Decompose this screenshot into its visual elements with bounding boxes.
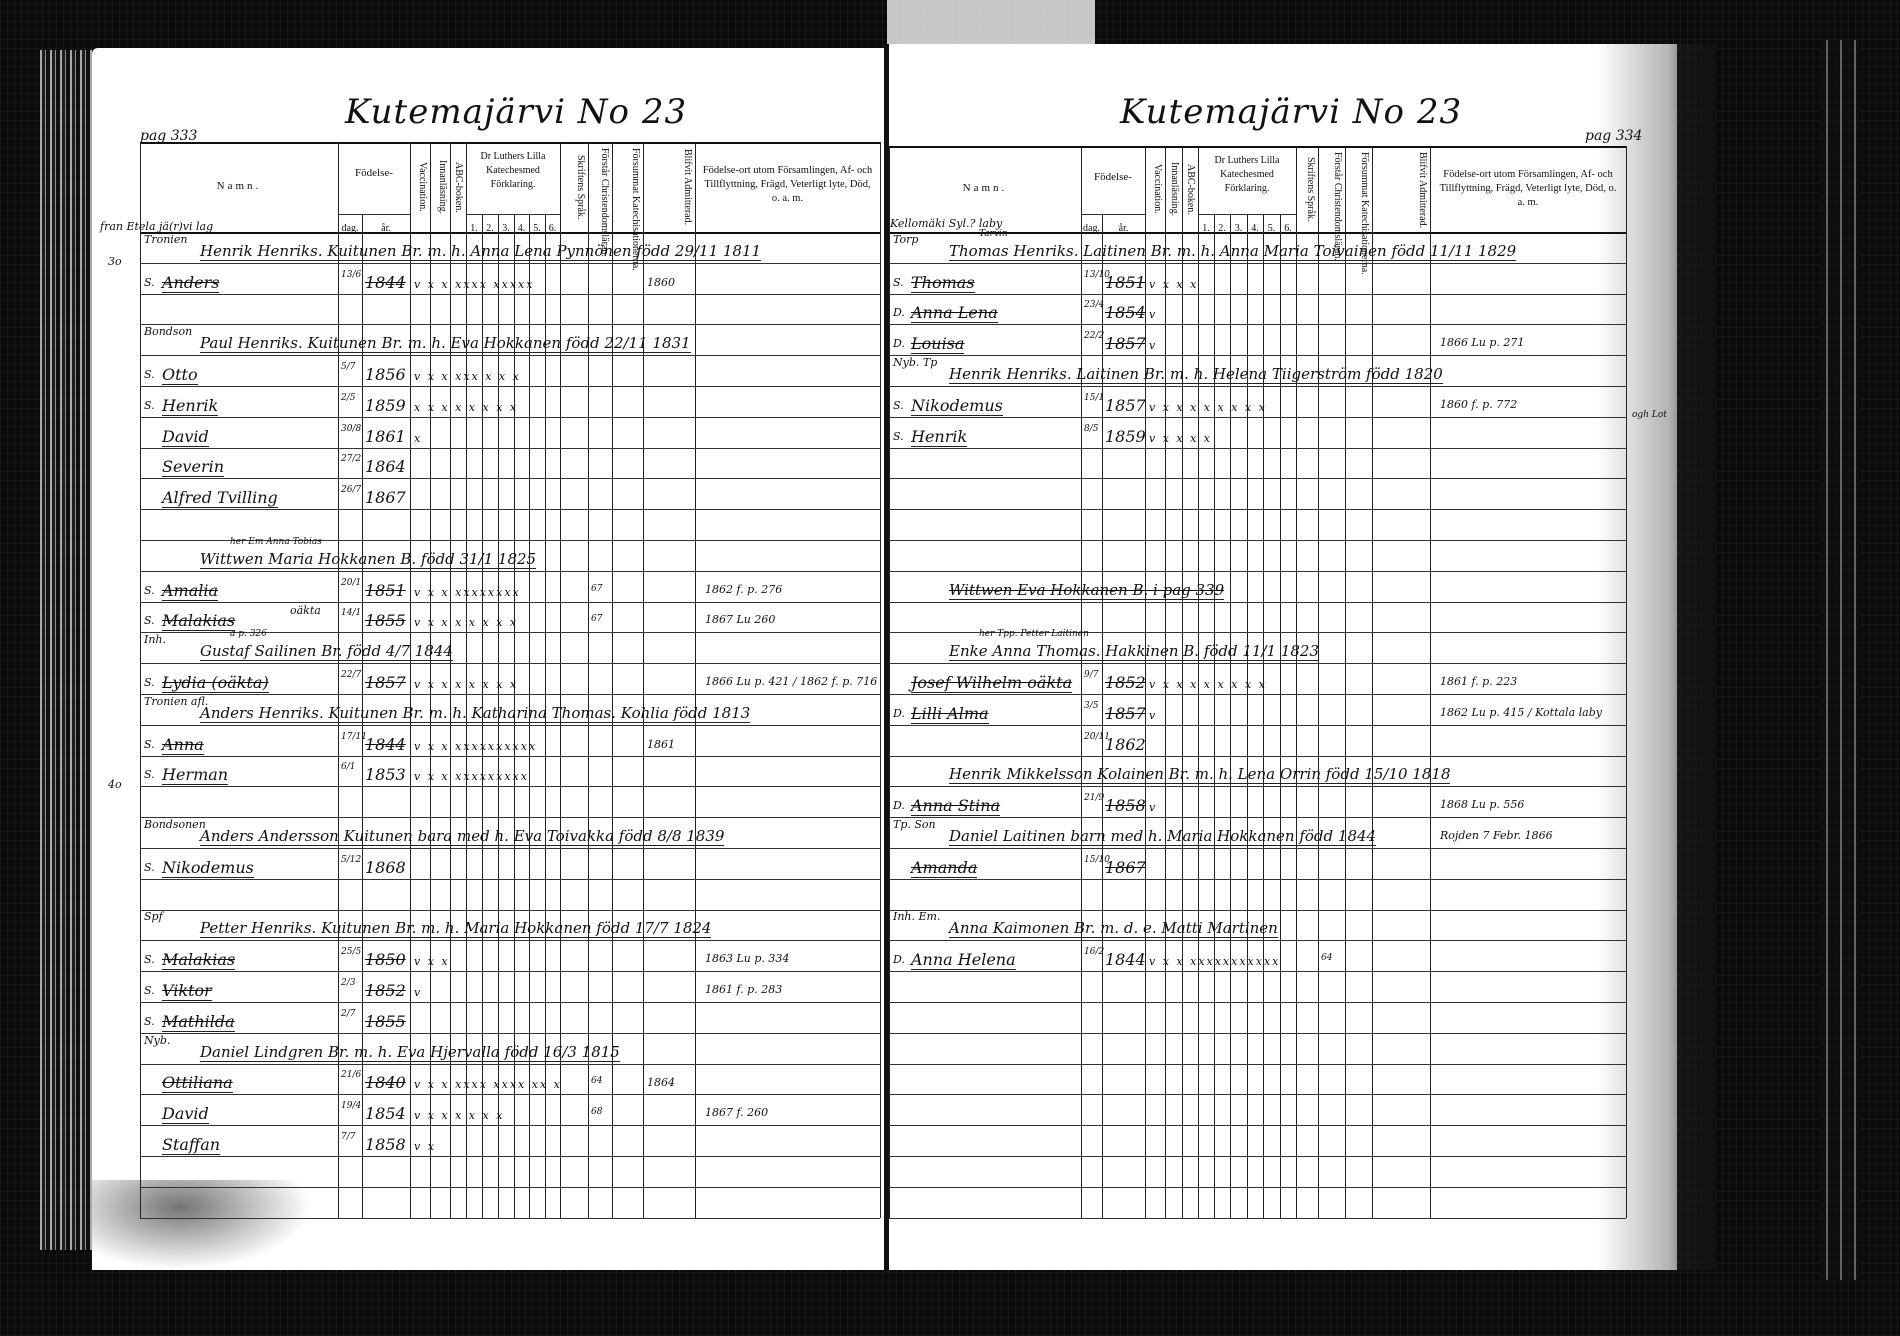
column-header-katekes-3: 3. <box>498 222 514 236</box>
entry-remark: 1863 Lu p. 334 <box>705 952 789 965</box>
entry-bracket-note: oäkta <box>290 604 321 617</box>
row-rule <box>889 1218 1626 1219</box>
column-rule <box>1296 146 1297 1218</box>
entry-relation-prefix: S. <box>144 861 155 874</box>
entry-exam-marks: v x <box>414 1140 436 1153</box>
entry-exam-marks: v <box>414 986 422 999</box>
column-header-innanlasning: Innanläsning. <box>432 148 448 226</box>
book-edge-left <box>40 50 92 1250</box>
row-rule <box>889 294 1626 295</box>
entry-status: Bondson <box>144 325 192 338</box>
entry-note-above: her Tpp. Petter Laitinen <box>979 629 1089 639</box>
entry-status: Tronien afl. <box>144 695 208 708</box>
entry-birth-day: 2/5 <box>341 393 355 403</box>
entry-name: Herman <box>162 765 228 785</box>
entry-relation-prefix: S. <box>144 953 155 966</box>
entry-name: Nikodemus <box>162 858 254 878</box>
entry-remark: 1862 Lu p. 415 / Kottala laby <box>1440 706 1602 719</box>
entry-name: Henrik Henriks. Kuitunen Br. m. h. Anna … <box>200 242 761 261</box>
row-rule <box>889 602 1626 603</box>
entry-relation-prefix: D. <box>893 799 905 812</box>
entry-exam-marks: v x x xxx x x x <box>414 370 521 383</box>
column-header-fodelse: Födelse- <box>338 166 410 180</box>
entry-name: Anna Helena <box>911 950 1016 970</box>
row-rule <box>140 817 880 818</box>
row-rule <box>889 1064 1626 1065</box>
entry-birth-year: 1844 <box>1105 950 1146 969</box>
column-header-fodelse-ort: Födelse-ort utom Församlingen, Af- och T… <box>1436 168 1620 210</box>
column-header-blifvit-admitterad: Blifvit Admitterad. <box>1374 152 1428 226</box>
entry-name: Anna Stina <box>911 796 1000 816</box>
entry-relation-prefix: D. <box>893 707 905 720</box>
entry-name: Anders Andersson Kuitunen bara med h. Ev… <box>200 827 724 846</box>
entry-relation-prefix: S. <box>144 614 155 627</box>
column-header-skriftens-sprak: Skriftens Språk. <box>1298 152 1316 226</box>
entry-name: Henrik <box>911 427 967 447</box>
row-rule <box>140 417 880 418</box>
entry-relation-prefix: D. <box>893 337 905 350</box>
column-rule <box>1430 146 1431 1218</box>
entry-birth-year: 1858 <box>1105 796 1146 815</box>
row-rule <box>140 448 880 449</box>
row-rule <box>889 1187 1626 1188</box>
column-rule <box>140 142 141 1218</box>
row-rule <box>140 786 880 787</box>
column-header-katekes-5: 5. <box>1263 222 1280 236</box>
column-header-dag: dag. <box>338 222 362 236</box>
entry-birth-day: 22/2 <box>1084 331 1104 341</box>
entry-birth-day: 5/12 <box>341 855 361 865</box>
entry-birth-year: 1864 <box>365 457 406 476</box>
row-rule <box>140 971 880 972</box>
entry-exam-marks: v x x xxxxxxxxxxx <box>1149 955 1280 968</box>
column-header-katekes: Dr Luthers Lilla Katechesmed Förklaring. <box>1198 154 1296 196</box>
entry-birth-year: 1868 <box>365 858 406 877</box>
column-rule <box>1318 146 1319 1218</box>
column-header-forstar-christendomslaran: Förstår Christendomsläran. <box>1320 152 1343 226</box>
column-header-forstar-christendomslaran: Förstår Christendomsläran. <box>590 148 610 226</box>
entry-birth-day: 27/2 <box>341 454 361 464</box>
row-rule <box>140 294 880 295</box>
row-rule <box>140 1125 880 1126</box>
entry-remark: 1860 f. p. 772 <box>1440 398 1517 411</box>
entry-relation-prefix: S. <box>144 768 155 781</box>
entry-relation-prefix: S. <box>893 430 904 443</box>
entry-birth-day: 7/7 <box>341 1132 355 1142</box>
entry-birth-year: 1854 <box>1105 303 1146 322</box>
entry-birth-day: 21/6 <box>341 1070 361 1080</box>
entry-exam-marks: x <box>414 432 422 445</box>
entry-birth-year: 1852 <box>365 981 406 1000</box>
entry-birth-year: 1844 <box>365 735 406 754</box>
column-header-dag: dag. <box>1081 222 1102 236</box>
entry-exam-marks: v x x x x x x x <box>414 678 518 691</box>
row-rule <box>889 756 1626 757</box>
entry-relation-prefix: S. <box>144 368 155 381</box>
entry-birth-day: 2/3 <box>341 978 355 988</box>
column-header-namn: Namn. <box>889 181 1081 195</box>
entry-status: Tronien <box>144 233 187 246</box>
column-header-katekes-5: 5. <box>529 222 545 236</box>
entry-name: Lydia (oäkta) <box>162 673 269 693</box>
column-header-skriftens-sprak: Skriftens Språk. <box>562 148 586 226</box>
entry-name: Petter Henriks. Kuitunen Br. m. h. Maria… <box>200 919 711 938</box>
entry-birth-year: 1853 <box>365 765 406 784</box>
entry-birth-year: 1852 <box>1105 673 1146 692</box>
row-rule <box>889 263 1626 264</box>
entry-birth-day: 26/7 <box>341 485 361 495</box>
row-rule <box>140 571 880 572</box>
entry-forstar: 64 <box>591 1076 602 1086</box>
row-rule <box>140 478 880 479</box>
column-header-namn: Namn. <box>140 179 338 193</box>
scan-top-flap <box>887 0 1095 44</box>
column-rule <box>695 142 696 1218</box>
entry-birth-day: 20/1 <box>341 578 361 588</box>
row-rule <box>140 879 880 880</box>
entry-exam-marks: v x x xxxxxxxxx <box>414 770 529 783</box>
entry-note-above: Tarvin <box>979 229 1008 239</box>
entry-relation-prefix: S. <box>144 1015 155 1028</box>
entry-status: Bondsonen <box>144 818 206 831</box>
entry-birth-year: 1855 <box>365 611 406 630</box>
entry-name: Anna Kaimonen Br. m. d. e. Matti Martine… <box>949 919 1278 938</box>
page-title-left: Kutemajärvi No 23 <box>345 92 687 132</box>
entry-name: Gustaf Sailinen Br. född 4/7 1844 <box>200 642 453 661</box>
entry-name: Anna <box>162 735 204 755</box>
entry-birth-year: 1858 <box>365 1135 406 1154</box>
column-rule <box>1345 146 1346 1218</box>
entry-name: Viktor <box>162 981 212 1001</box>
entry-exam-marks: v x x x <box>1149 278 1198 291</box>
entry-name: Wittwen Eva Hokkanen B. i pag 339 <box>949 581 1224 600</box>
entry-name: Anders Henriks. Kuitunen Br. m. h. Katha… <box>200 704 750 723</box>
column-rule <box>1626 146 1627 1218</box>
entry-birth-day: 3/5 <box>1084 701 1098 711</box>
row-rule <box>140 386 880 387</box>
row-rule <box>889 910 1626 911</box>
row-number: 3o <box>108 255 122 268</box>
row-rule <box>889 386 1626 387</box>
entry-exam-marks: v x x xxxx xxxxx <box>414 278 534 291</box>
entry-admitted-year: 1860 <box>647 276 675 289</box>
entry-birth-year: 1859 <box>1105 427 1146 446</box>
entry-relation-prefix: S. <box>144 676 155 689</box>
row-rule <box>140 509 880 510</box>
entry-status: Inh. <box>144 633 166 646</box>
entry-remark: Rojden 7 Febr. 1866 <box>1440 829 1553 842</box>
entry-name: Ottiliana <box>162 1073 233 1093</box>
row-rule <box>140 355 880 356</box>
entry-birth-day: 16/2 <box>1084 947 1104 957</box>
entry-birth-year: 1851 <box>365 581 406 600</box>
column-header-katekes-6: 6. <box>1280 222 1296 236</box>
column-header-katekes-6: 6. <box>545 222 560 236</box>
katekes-subrule <box>1198 214 1296 215</box>
row-rule <box>140 324 880 325</box>
fodelse-subrule <box>1081 214 1145 215</box>
entry-birth-year: 1867 <box>1105 858 1146 877</box>
entry-exam-marks: v x x x x x x x x <box>1149 401 1267 414</box>
row-rule <box>140 694 880 695</box>
entry-name: Henrik Henriks. Laitinen Br. m. h. Helen… <box>949 365 1443 384</box>
entry-name: Anders <box>162 273 219 293</box>
row-rule <box>140 756 880 757</box>
entry-exam-marks: v x x x x <box>1149 432 1212 445</box>
column-header-forsamlingens-katechisationer: Försummat Katechisationerna. <box>614 148 641 226</box>
entry-birth-year: 1850 <box>365 950 406 969</box>
entry-birth-year: 1856 <box>365 365 406 384</box>
entry-name: Paul Henriks. Kuitunen Br. m. h. Eva Hok… <box>200 334 691 353</box>
entry-birth-day: 2/7 <box>341 1009 355 1019</box>
entry-birth-day: 23/4 <box>1084 300 1104 310</box>
entry-admitted-year: 1864 <box>647 1076 675 1089</box>
entry-remark: 1867 f. 260 <box>705 1106 768 1119</box>
column-header-katekes-4: 4. <box>1247 222 1263 236</box>
row-rule <box>889 786 1626 787</box>
column-header-katekes-2: 2. <box>482 222 498 236</box>
entry-birth-day: 6/1 <box>341 762 355 772</box>
entry-exam-marks: v x x xxxxxxxxxx <box>414 740 537 753</box>
entry-birth-year: 1857 <box>1105 704 1146 723</box>
entry-birth-year: 1854 <box>365 1104 406 1123</box>
entry-relation-prefix: D. <box>893 953 905 966</box>
row-rule <box>140 1033 880 1034</box>
column-header-innanlasning: Innanläsning. <box>1167 152 1180 226</box>
entry-name: Thomas Henriks. Laitinen Br. m. h. Anna … <box>949 242 1516 261</box>
margin-note-right-edge: ogh Lot <box>1632 410 1667 420</box>
row-rule <box>889 571 1626 572</box>
entry-relation-prefix: S. <box>144 399 155 412</box>
entry-birth-day: 25/5 <box>341 947 361 957</box>
entry-name: Louisa <box>911 334 964 354</box>
entry-remark: 1868 Lu p. 556 <box>1440 798 1524 811</box>
stain <box>92 1180 312 1270</box>
header-top-rule <box>889 146 1626 148</box>
row-rule <box>889 940 1626 941</box>
row-rule <box>140 1187 880 1188</box>
entry-birth-year: 1859 <box>365 396 406 415</box>
row-rule <box>889 448 1626 449</box>
entry-name: Amalia <box>162 581 218 601</box>
entry-name: Henrik Mikkelsson Kolainen Br. m. h. Len… <box>949 765 1450 784</box>
entry-name: Josef Wilhelm oäkta <box>911 673 1072 693</box>
row-rule <box>140 1094 880 1095</box>
column-header-katekes-1: 1. <box>466 222 482 236</box>
entry-birth-year: 1851 <box>1105 273 1146 292</box>
row-rule <box>889 509 1626 510</box>
row-rule <box>140 940 880 941</box>
row-rule <box>889 324 1626 325</box>
row-rule <box>889 1094 1626 1095</box>
column-header-vaccination: Vaccination. <box>412 148 428 226</box>
row-rule <box>140 1002 880 1003</box>
row-rule <box>889 663 1626 664</box>
entry-birth-year: 1862 <box>1105 735 1146 754</box>
row-rule <box>889 417 1626 418</box>
entry-relation-prefix: S. <box>144 984 155 997</box>
entry-remark: 1866 Lu p. 421 / 1862 f. p. 716 <box>705 675 877 688</box>
entry-birth-day: 21/9 <box>1084 793 1104 803</box>
row-rule <box>889 1156 1626 1157</box>
entry-note-above: her Em Anna Tobias <box>230 537 322 547</box>
column-header-katekes-1: 1. <box>1198 222 1214 236</box>
entry-birth-year: 1855 <box>365 1012 406 1031</box>
entry-status: Nyb. <box>144 1034 170 1047</box>
entry-exam-marks: v x x x x x x <box>414 1109 504 1122</box>
entry-name: Staffan <box>162 1135 220 1155</box>
entry-birth-year: 1857 <box>365 673 406 692</box>
column-header-fodelse: Födelse- <box>1081 170 1145 184</box>
row-rule <box>140 725 880 726</box>
entry-name: Daniel Laitinen barn med h. Maria Hokkan… <box>949 827 1376 846</box>
column-rule <box>880 142 881 1218</box>
row-rule <box>889 817 1626 818</box>
header-top-rule <box>140 142 880 144</box>
entry-name: Otto <box>162 365 198 385</box>
row-rule <box>889 848 1626 849</box>
page-title-right: Kutemajärvi No 23 <box>1120 92 1462 132</box>
column-rule <box>889 146 890 1218</box>
entry-birth-day: 15/1 <box>1084 393 1104 403</box>
entry-status: Tp. Son <box>893 818 936 831</box>
entry-name: David <box>162 427 209 447</box>
column-header-katekes: Dr Luthers Lilla Katechesmed Förklaring. <box>466 150 560 192</box>
entry-exam-marks: v x x x x x x x <box>414 616 518 629</box>
row-rule <box>889 355 1626 356</box>
row-rule <box>140 602 880 603</box>
entry-name: Thomas <box>911 273 975 293</box>
row-rule <box>889 478 1626 479</box>
entry-name: Severin <box>162 457 224 477</box>
row-rule <box>889 1125 1626 1126</box>
katekes-subrule <box>466 214 560 215</box>
entry-exam-marks: v <box>1149 709 1157 722</box>
entry-remark: 1861 f. p. 223 <box>1440 675 1517 688</box>
entry-remark: 1862 f. p. 276 <box>705 583 782 596</box>
entry-birth-year: 1844 <box>365 273 406 292</box>
entry-forstar: 64 <box>1321 953 1332 963</box>
row-rule <box>140 1218 880 1219</box>
column-header-blifvit-admitterad: Blifvit Admitterad. <box>645 148 693 226</box>
column-rule <box>1372 146 1373 1218</box>
entry-birth-day: 19/4 <box>341 1101 361 1111</box>
entry-exam-marks: v x x <box>414 955 450 968</box>
column-header-katekes-4: 4. <box>514 222 529 236</box>
entry-status: Inh. Em. <box>893 910 940 923</box>
row-rule <box>140 263 880 264</box>
row-rule <box>889 694 1626 695</box>
entry-birth-day: 30/8 <box>341 424 361 434</box>
entry-relation-prefix: S. <box>893 399 904 412</box>
entry-birth-day: 9/7 <box>1084 670 1098 680</box>
entry-name: Enke Anna Thomas. Hakkinen B. född 11/1 … <box>949 642 1319 661</box>
entry-forstar: 67 <box>591 584 602 594</box>
entry-name: Alfred Tvilling <box>162 488 278 508</box>
column-header-abc: ABC-boken. <box>1184 152 1196 226</box>
page-ref-right: pag 334 <box>1585 128 1642 144</box>
entry-name: Mathilda <box>162 1012 235 1032</box>
column-header-abc: ABC-boken. <box>452 148 464 226</box>
column-header-ar: år. <box>362 222 410 236</box>
entry-birth-day: 22/7 <box>341 670 361 680</box>
entry-status: Spf <box>144 910 163 923</box>
entry-exam-marks: v <box>1149 308 1157 321</box>
row-rule <box>140 1156 880 1157</box>
column-header-fodelse-ort: Födelse-ort utom Församlingen, Af- och T… <box>701 164 874 206</box>
entry-name: Lilli Alma <box>911 704 989 724</box>
row-rule <box>889 1033 1626 1034</box>
entry-name: David <box>162 1104 209 1124</box>
column-header-katekes-3: 3. <box>1230 222 1247 236</box>
entry-status: Nyb. Tp <box>893 356 937 369</box>
column-header-forsamlingens-katechisationer: Försummat Katechisationerna. <box>1347 152 1370 226</box>
row-rule <box>889 879 1626 880</box>
row-rule <box>889 971 1626 972</box>
entry-relation-prefix: S. <box>893 276 904 289</box>
entry-exam-marks: v x x xxxxxxxx <box>414 586 521 599</box>
entry-name: Nikodemus <box>911 396 1003 416</box>
entry-remark: 1867 Lu 260 <box>705 613 775 626</box>
entry-birth-year: 1840 <box>365 1073 406 1092</box>
column-header-ar: år. <box>1102 222 1145 236</box>
column-rule <box>643 142 644 1218</box>
column-header-vaccination: Vaccination. <box>1147 152 1163 226</box>
entry-relation-prefix: S. <box>144 276 155 289</box>
fodelse-subrule <box>338 214 410 215</box>
row-rule <box>140 1064 880 1065</box>
entry-remark: 1866 Lu p. 271 <box>1440 336 1524 349</box>
entry-name: Malakias <box>162 950 235 970</box>
entry-name: Henrik <box>162 396 218 416</box>
entry-name: Malakias <box>162 611 235 631</box>
entry-birth-year: 1857 <box>1105 396 1146 415</box>
book-edge-right <box>1820 40 1860 1280</box>
entry-birth-year: 1857 <box>1105 334 1146 353</box>
entry-remark: 1861 f. p. 283 <box>705 983 782 996</box>
entry-birth-day: 17/11 <box>341 732 367 742</box>
row-rule <box>889 540 1626 541</box>
entry-birth-day: 13/6 <box>341 270 361 280</box>
column-header-katekes-2: 2. <box>1214 222 1230 236</box>
entry-exam-marks: v <box>1149 339 1157 352</box>
entry-status: Torp <box>893 233 918 246</box>
entry-exam-marks: v <box>1149 801 1157 814</box>
row-rule <box>889 725 1626 726</box>
entry-exam-marks: x x x x x x x x <box>414 401 518 414</box>
entry-forstar: 67 <box>591 614 602 624</box>
row-rule <box>140 663 880 664</box>
row-rule <box>140 910 880 911</box>
entry-birth-day: 5/7 <box>341 362 355 372</box>
row-rule <box>140 848 880 849</box>
entry-admitted-year: 1861 <box>647 738 675 751</box>
entry-name: Amanda <box>911 858 977 878</box>
entry-name: Daniel Lindgren Br. m. h. Eva Hjervalla … <box>200 1043 620 1062</box>
entry-relation-prefix: S. <box>144 584 155 597</box>
entry-birth-day: 14/1 <box>341 608 361 618</box>
entry-note-above: a p. 326 <box>230 629 267 639</box>
column-rule <box>1081 146 1082 1218</box>
entry-forstar: 68 <box>591 1107 602 1117</box>
entry-relation-prefix: D. <box>893 306 905 319</box>
entry-exam-marks: v x x x x x x x x <box>1149 678 1267 691</box>
row-rule <box>889 1002 1626 1003</box>
entry-birth-day: 8/5 <box>1084 424 1098 434</box>
entry-birth-year: 1867 <box>365 488 406 507</box>
entry-name: Wittwen Maria Hokkanen B. född 31/1 1825 <box>200 550 536 569</box>
row-number: 4o <box>108 778 122 791</box>
